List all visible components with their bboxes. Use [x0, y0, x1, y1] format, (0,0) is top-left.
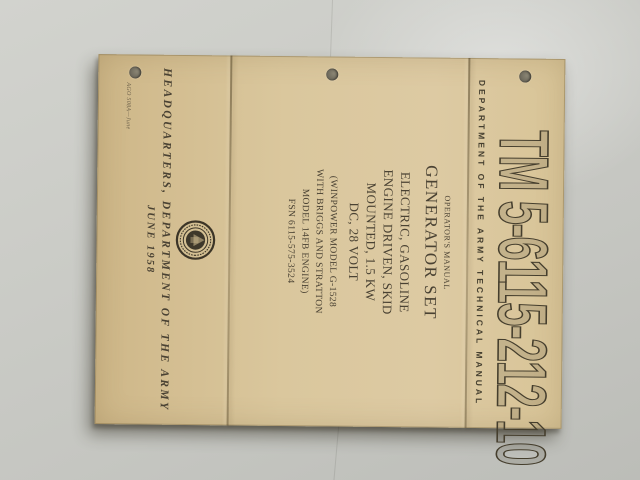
- publisher-line: HEADQUARTERS, DEPARTMENT OF THE ARMY: [158, 55, 174, 425]
- operators-manual-label: OPERATOR'S MANUAL: [441, 58, 454, 428]
- subtitle-line: ELECTRIC, GASOLINE: [395, 57, 415, 427]
- model-line: WITH BRIGGS AND STRATTON: [312, 56, 326, 426]
- punch-hole: [129, 66, 141, 78]
- fsn-number: FSN 6115-575-3524: [284, 56, 298, 426]
- print-code: AGO 508A—June: [125, 82, 131, 129]
- tm-number: TM 5-6115-212-10: [492, 58, 560, 429]
- army-seal-icon: [175, 220, 215, 260]
- manual-cover: TM 5-6115-212-10 DEPARTMENT OF THE ARMY …: [95, 54, 566, 429]
- photo-background: { "photo": { "background_color": "#c7c8c…: [0, 0, 640, 480]
- table-surface-seam: [333, 420, 339, 480]
- publication-date: JUNE 1958: [143, 55, 158, 425]
- model-line: MODEL 14FB ENGINE): [298, 56, 312, 426]
- fold-crease: [465, 58, 471, 428]
- fold-crease: [227, 55, 233, 425]
- model-line: (WINPOWER MODEL G-1528: [326, 56, 340, 426]
- manual-title: GENERATOR SET: [419, 57, 443, 427]
- table-surface-seam: [330, 0, 333, 58]
